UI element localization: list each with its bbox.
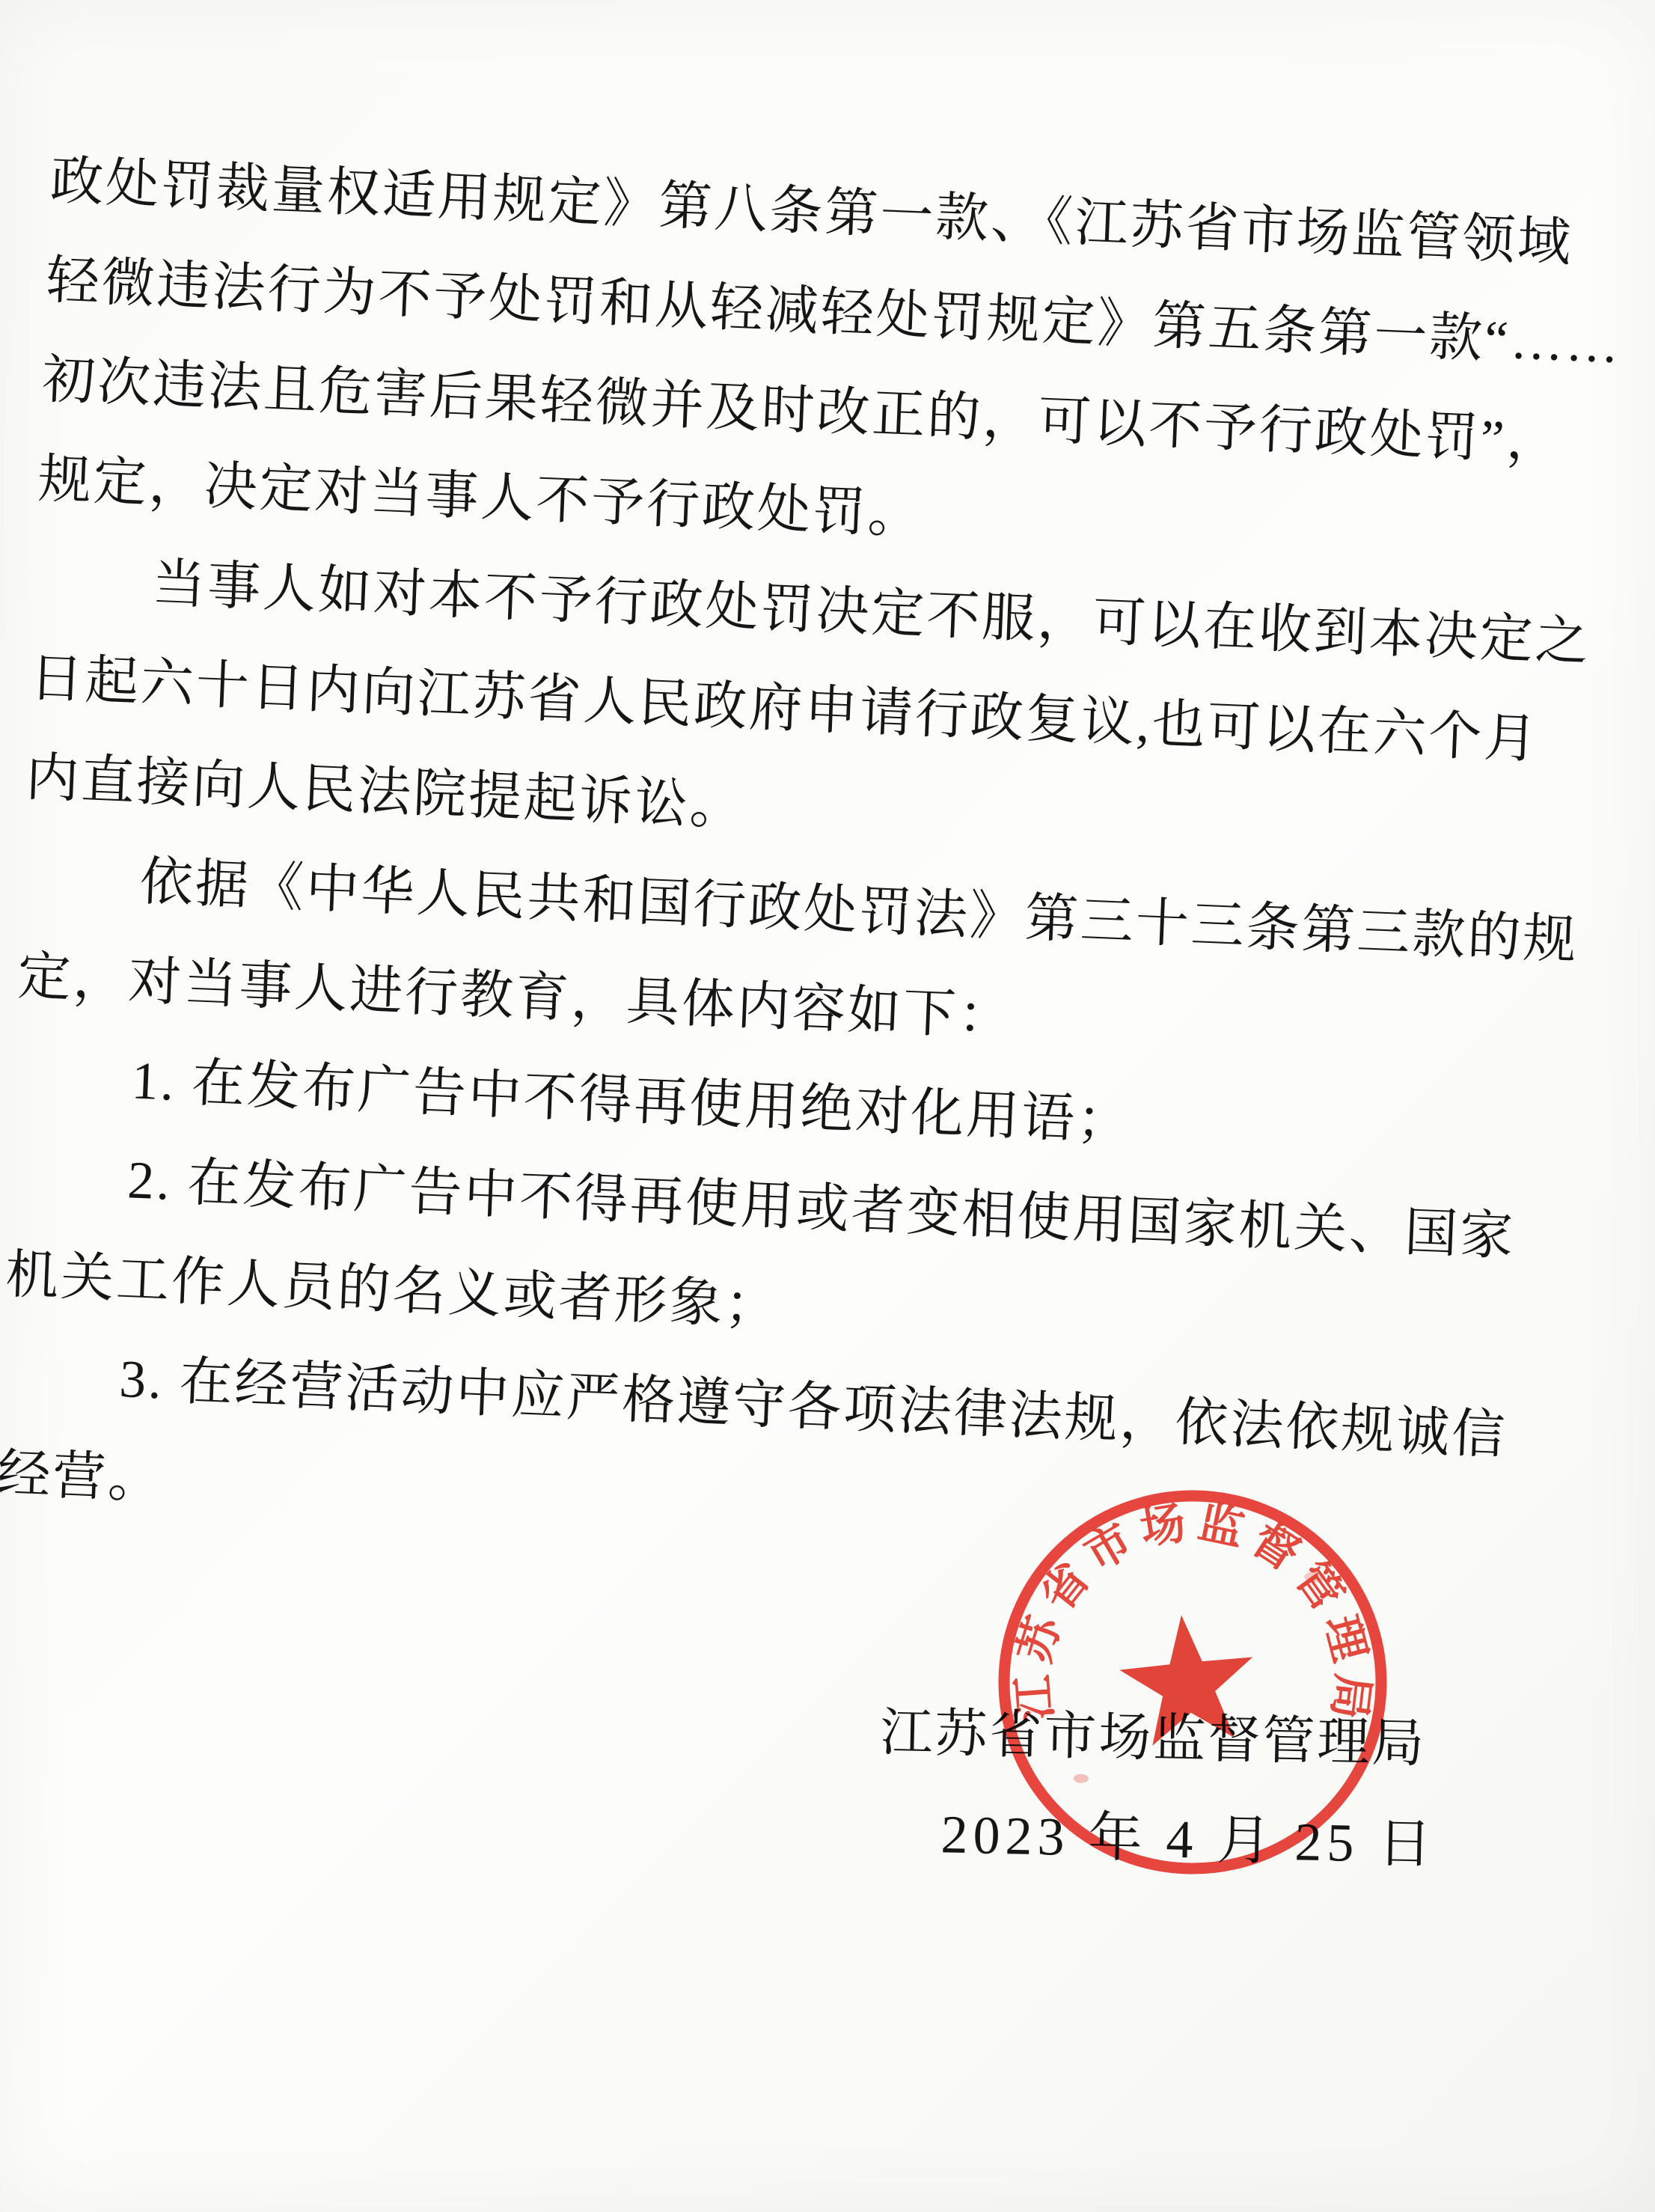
document-page: 政处罚裁量权适用规定》第八条第一款、《江苏省市场监管领域 轻微违法行为不予处罚和… [0,0,1655,2212]
seal-smudge [1074,1774,1089,1783]
official-seal: 江苏省市场监督管理局 [991,1485,1395,1880]
star-icon [1119,1615,1252,1747]
document-body: 政处罚裁量权适用规定》第八条第一款、《江苏省市场监管领域 轻微违法行为不予处罚和… [0,132,1607,1588]
